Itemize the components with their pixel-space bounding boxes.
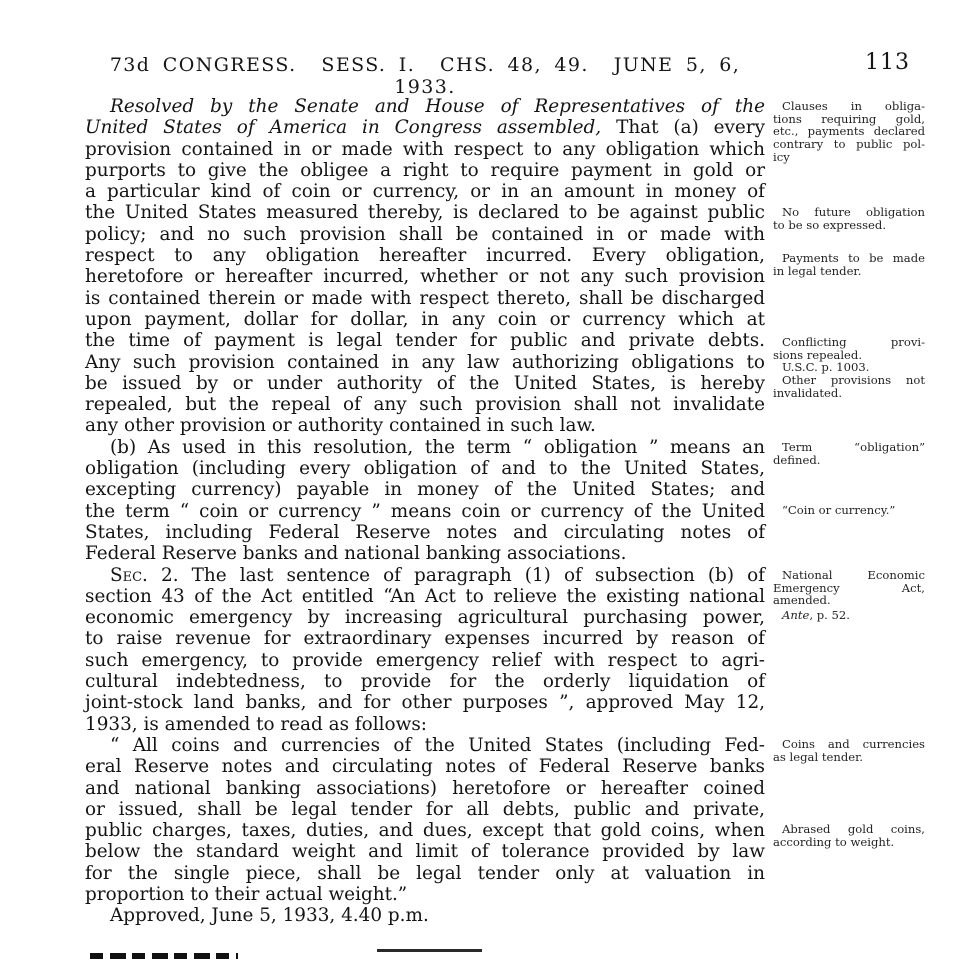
text-line: Resolved by the Senate and House of Repr… bbox=[85, 96, 765, 117]
margin-note-no-future-obligation: No future obligationto be so expressed. bbox=[773, 206, 925, 231]
text-line: such emergency, to provide emergency rel… bbox=[85, 650, 765, 671]
text-line: Payments to be made bbox=[773, 252, 925, 265]
text-line: Federal Reserve banks and national banki… bbox=[85, 543, 765, 564]
margin-note-other-provisions: Other provisions notinvalidated. bbox=[773, 374, 925, 399]
text-line: obligation (including every obligation o… bbox=[85, 458, 765, 479]
text-line: (b) As used in this resolution, the term… bbox=[85, 437, 765, 458]
text-line: defined. bbox=[773, 454, 925, 467]
text-line: Conflicting provi- bbox=[773, 336, 925, 349]
text-line: as legal tender. bbox=[773, 751, 925, 764]
text-line: provision contained in or made with resp… bbox=[85, 139, 765, 160]
margin-note-emergency-act-amended: National EconomicEmergency Act,amended. bbox=[773, 569, 925, 607]
text-line: upon payment, dollar for dollar, in any … bbox=[85, 309, 765, 330]
text-line: Other provisions not bbox=[773, 374, 925, 387]
text-line: in legal tender. bbox=[773, 265, 925, 278]
margin-note-conflicting-provisions: Conflicting provi-sions repealed. bbox=[773, 336, 925, 361]
text-line: Coins and currencies bbox=[773, 738, 925, 751]
margin-note-term-obligation: Term “obligation”defined. bbox=[773, 441, 925, 466]
text-line: a particular kind of coin or currency, o… bbox=[85, 181, 765, 202]
text-line: and national banking associations) heret… bbox=[85, 778, 765, 799]
text-line: be issued by or under authority of the U… bbox=[85, 373, 765, 394]
text-line: 1933, is amended to read as follows: bbox=[85, 714, 765, 735]
text-line: Clauses in obliga- bbox=[773, 100, 925, 113]
paragraph-section-2: Sec. 2. The last sentence of paragraph (… bbox=[85, 565, 765, 735]
page-number: 113 bbox=[770, 50, 910, 75]
bottom-cutoff-text-fragment bbox=[90, 953, 238, 959]
text-line: eral Reserve notes and circulating notes… bbox=[85, 756, 765, 777]
text-line: any other provision or authority contain… bbox=[85, 415, 765, 436]
text-line: the time of payment is legal tender for … bbox=[85, 330, 765, 351]
text-line: to be so expressed. bbox=[773, 219, 925, 232]
text-line: Approved, June 5, 1933, 4.40 p.m. bbox=[85, 905, 765, 926]
text-line: or issued, shall be legal tender for all… bbox=[85, 799, 765, 820]
text-line: below the standard weight and limit of t… bbox=[85, 841, 765, 862]
statute-body-text: Resolved by the Senate and House of Repr… bbox=[85, 96, 765, 927]
margin-note-coins-as-legal-tender: Coins and currenciesas legal tender. bbox=[773, 738, 925, 763]
text-line: amended. bbox=[773, 594, 925, 607]
text-line: the term “ coin or currency ” means coin… bbox=[85, 501, 765, 522]
text-line: policy; and no such provision shall be c… bbox=[85, 224, 765, 245]
text-line: heretofore or hereafter incurred, whethe… bbox=[85, 266, 765, 287]
text-line: “Coin or currency.” bbox=[773, 504, 925, 517]
text-line: proportion to their actual weight.” bbox=[85, 884, 765, 905]
bottom-cutoff-rule bbox=[377, 949, 482, 952]
running-head: 73d CONGRESS. SESS. I. CHS. 48, 49. JUNE… bbox=[85, 54, 765, 98]
text-line: economic emergency by increasing agricul… bbox=[85, 607, 765, 628]
text-line: according to weight. bbox=[773, 836, 925, 849]
text-line: respect to any obligation hereafter incu… bbox=[85, 245, 765, 266]
paragraph-definitions: (b) As used in this resolution, the term… bbox=[85, 437, 765, 565]
margin-note-usc-citation: U.S.C. p. 1003. bbox=[773, 361, 925, 374]
text-line: No future obligation bbox=[773, 206, 925, 219]
paragraph-resolving-clause: Resolved by the Senate and House of Repr… bbox=[85, 96, 765, 437]
text-line: joint-stock land banks, and for other pu… bbox=[85, 692, 765, 713]
text-line: to raise revenue for extraordinary expen… bbox=[85, 628, 765, 649]
text-line: purports to give the obligee a right to … bbox=[85, 160, 765, 181]
margin-note-payments-legal-tender: Payments to be madein legal tender. bbox=[773, 252, 925, 277]
margin-note-gold-clauses: Clauses in obliga-tions requiring gold,e… bbox=[773, 100, 925, 164]
text-line: excepting currency) payable in money of … bbox=[85, 479, 765, 500]
text-line: invalidated. bbox=[773, 387, 925, 400]
text-line: Abrased gold coins, bbox=[773, 823, 925, 836]
text-line: States, including Federal Reserve notes … bbox=[85, 522, 765, 543]
text-line: Term “obligation” bbox=[773, 441, 925, 454]
text-line: cultural indebtedness, to provide for th… bbox=[85, 671, 765, 692]
margin-note-abrased-gold-coins: Abrased gold coins,according to weight. bbox=[773, 823, 925, 848]
statute-page: 73d CONGRESS. SESS. I. CHS. 48, 49. JUNE… bbox=[0, 0, 960, 960]
text-line: Sec. 2. The last sentence of paragraph (… bbox=[85, 565, 765, 586]
text-line: National Economic bbox=[773, 569, 925, 582]
text-line: public charges, taxes, duties, and dues,… bbox=[85, 820, 765, 841]
paragraph-approved-line: Approved, June 5, 1933, 4.40 p.m. bbox=[85, 905, 765, 926]
text-line: for the single piece, shall be legal ten… bbox=[85, 863, 765, 884]
text-line: Any such provision contained in any law … bbox=[85, 352, 765, 373]
margin-note-ante-citation: Ante, p. 52. bbox=[773, 609, 925, 622]
paragraph-legal-tender-quote: “ All coins and currencies of the United… bbox=[85, 735, 765, 905]
text-line: the United States measured thereby, is d… bbox=[85, 202, 765, 223]
text-line: icy bbox=[773, 151, 925, 164]
text-line: section 43 of the Act entitled “An Act t… bbox=[85, 586, 765, 607]
text-line: Ante, p. 52. bbox=[773, 609, 925, 622]
text-line: contrary to public pol- bbox=[773, 138, 925, 151]
margin-note-coin-or-currency: “Coin or currency.” bbox=[773, 504, 925, 517]
text-line: repealed, but the repeal of any such pro… bbox=[85, 394, 765, 415]
text-line: “ All coins and currencies of the United… bbox=[85, 735, 765, 756]
text-line: United States of America in Congress ass… bbox=[85, 117, 765, 138]
text-line: is contained therein or made with respec… bbox=[85, 288, 765, 309]
text-line: U.S.C. p. 1003. bbox=[773, 361, 925, 374]
